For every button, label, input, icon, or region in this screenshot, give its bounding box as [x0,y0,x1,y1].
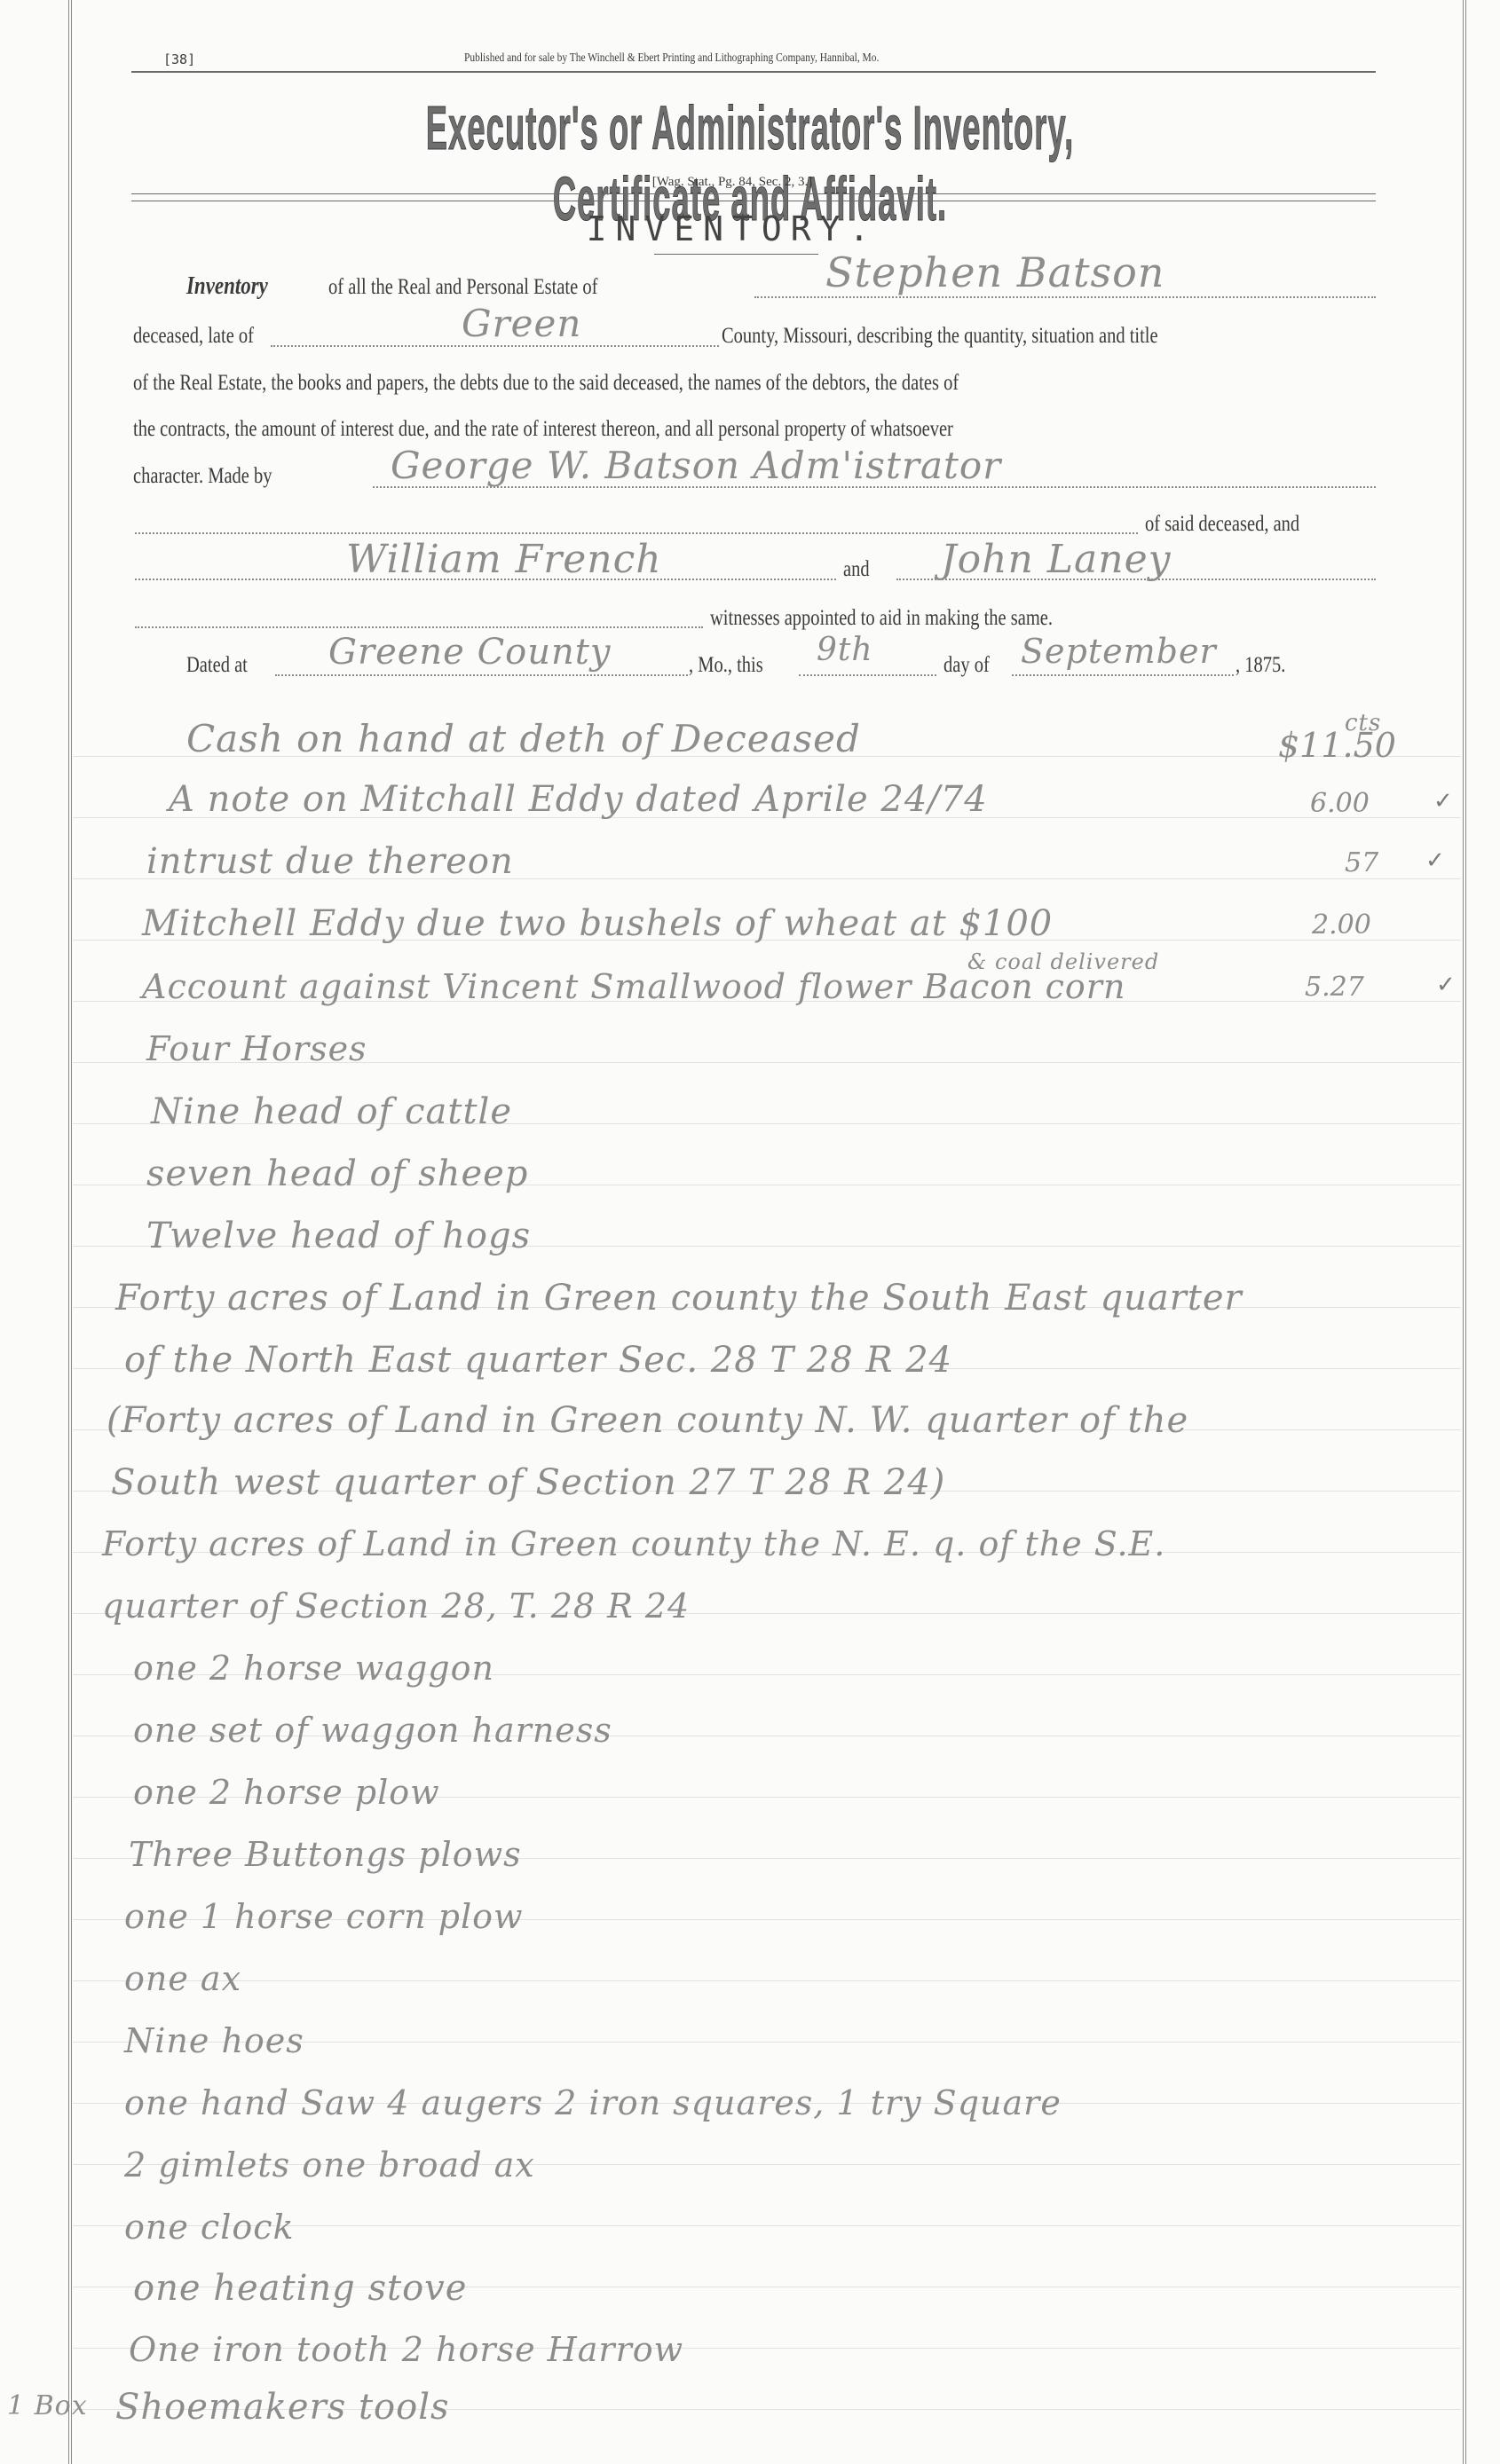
line5-prefix: character. Made by [133,464,272,489]
list-item: Cash on hand at deth of Deceased [186,717,861,760]
list-item: Three Buttongs plows [129,1835,522,1874]
line1-text: of all the Real and Personal Estate of [328,275,597,300]
list-item: one set of waggon harness [133,1711,612,1750]
top-rule [131,71,1376,73]
witness-and: and [843,557,870,582]
line8-suffix: witnesses appointed to aid in making the… [710,606,1053,631]
line8-dots [135,626,703,628]
line6-suffix: of said deceased, and [1145,512,1299,537]
witness-1[interactable]: William French [346,537,662,582]
list-item: one 1 horse corn plow [124,1897,524,1936]
dated-prefix: Dated at [186,653,248,678]
list-item: quarter of Section 28, T. 28 R 24 [102,1586,690,1626]
list-item: One iron tooth 2 horse Harrow [129,2330,683,2369]
line6-dots [135,532,1138,534]
heading-underline [654,254,818,255]
check-mark-icon: ✓ [1425,847,1445,874]
list-item: Nine head of cattle [151,1091,512,1132]
witness-2[interactable]: John Laney [941,537,1171,582]
margin-note: 1 Box [7,2390,88,2421]
list-item: South west quarter of Section 27 T 28 R … [111,1462,945,1503]
line2-prefix: deceased, late of [133,324,254,349]
county-value[interactable]: Green [462,302,581,345]
list-item: Nine hoes [124,2021,304,2060]
list-item: (Forty acres of Land in Green county N. … [107,1400,1188,1441]
list-item: A note on Mitchall Eddy dated Aprile 24/… [169,779,988,820]
citation: [Wag. Stat., Pg. 84, Sec. 2, 3.] [0,175,1464,190]
section-heading: INVENTORY. [0,209,1464,248]
decedent-name[interactable]: Stephen Batson [825,248,1164,296]
list-item: Shoemakers tools [115,2387,450,2428]
list-item: seven head of sheep [146,1153,528,1194]
list-item: one heating stove [133,2268,467,2309]
list-item: Forty acres of Land in Green county the … [115,1278,1243,1319]
list-item: one 2 horse waggon [133,1649,494,1688]
list-item: one clock [124,2208,295,2247]
publisher-line: Published and for sale by The Winchell &… [464,51,879,66]
list-item: one ax [124,1959,241,1998]
decedent-dots [754,296,1376,298]
line3: of the Real Estate, the books and papers… [133,371,959,396]
month-value[interactable]: September [1021,632,1217,671]
item-amount: 57 [1345,847,1378,878]
day-value[interactable]: 9th [817,632,873,668]
list-item: Four Horses [146,1029,367,1068]
made-by-value[interactable]: George W. Batson Adm'istrator [391,444,1001,487]
item-amount: 6.00 [1310,788,1370,819]
list-item: Forty acres of Land in Green county the … [102,1524,1165,1563]
dated-place[interactable]: Greene County [328,632,611,673]
day-of: day of [943,653,990,678]
list-item: Twelve head of hogs [146,1216,531,1256]
title-rule-1 [131,193,1376,194]
list-item: one 2 horse plow [133,1773,440,1812]
inventory-lead: Inventory [186,272,268,301]
item-amount: 5.27 [1305,972,1364,1003]
line2-suffix: County, Missouri, describing the quantit… [722,324,1158,349]
list-item: Mitchell Eddy due two bushels of wheat a… [142,903,1053,944]
year: , 1875. [1236,653,1285,678]
list-item: intrust due thereon [146,841,514,882]
list-item: one hand Saw 4 augers 2 iron squares, 1 … [124,2083,1062,2122]
list-item: 2 gimlets one broad ax [124,2145,535,2185]
item-amount: 2.00 [1312,909,1371,941]
item-amount: $11.50 [1278,726,1396,765]
dated-place-dots [275,674,688,676]
check-mark-icon: ✓ [1433,788,1453,815]
page-number: [38] [163,51,195,67]
list-item: of the North East quarter Sec. 28 T 28 R… [124,1340,952,1381]
right-margin-rule [1463,0,1466,2464]
list-item: Account against Vincent Smallwood flower… [142,967,1125,1006]
county-dots [271,345,719,347]
check-mark-icon: ✓ [1436,972,1456,998]
day-dots [799,674,936,676]
dated-mid: , Mo., this [689,653,763,678]
line4: the contracts, the amount of interest du… [133,417,953,442]
left-margin-rule [68,0,72,2464]
month-dots [1012,674,1234,676]
title-rule-2 [131,201,1376,201]
